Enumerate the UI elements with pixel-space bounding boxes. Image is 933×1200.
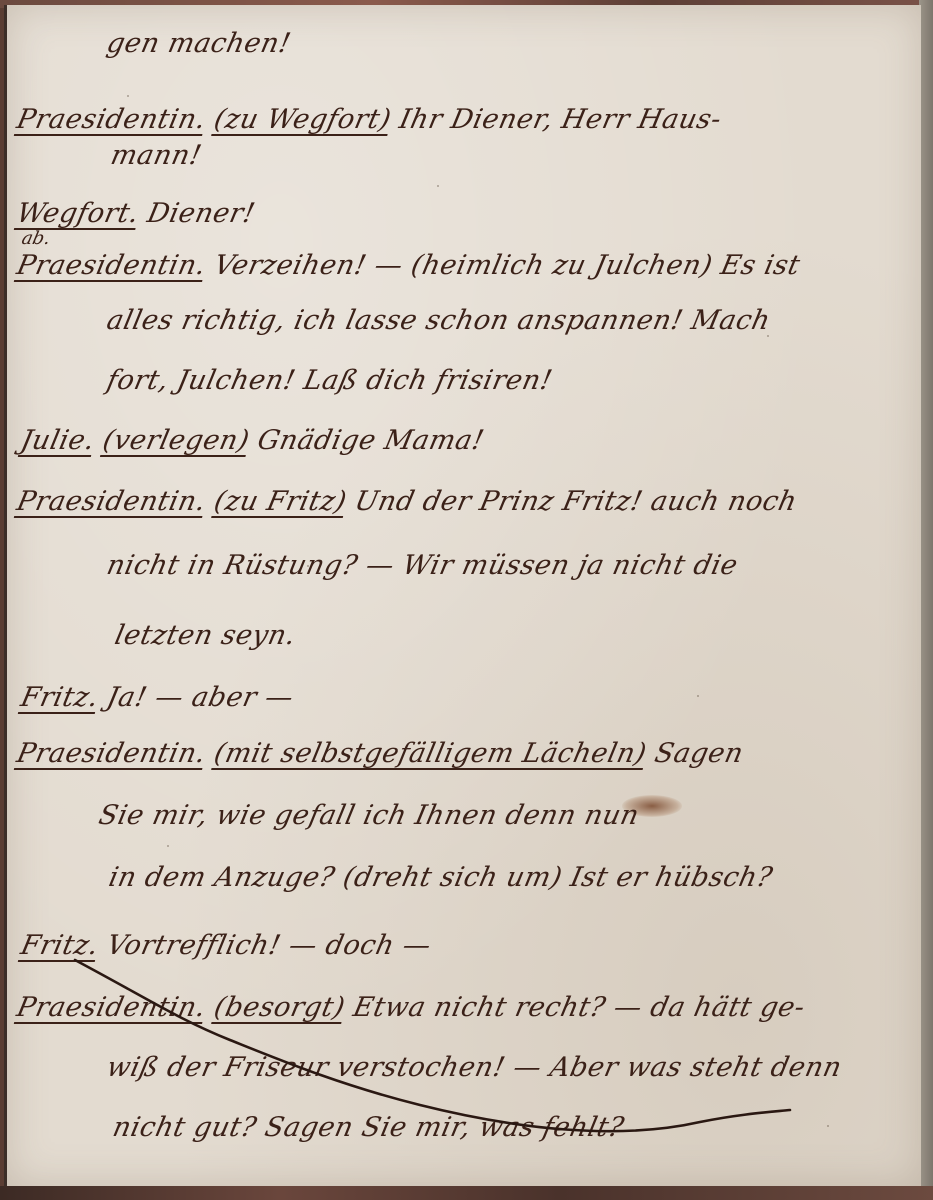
paper-speck [127,95,129,97]
manuscript-line-15: in dem Anzuge? (dreht sich um) Ist er hü… [106,862,776,893]
line-text: Und der Prinz Fritz! auch noch [352,486,800,517]
speaker-name: Praesidentin. [14,250,209,281]
line-text: Etwa nicht recht? — da hätt ge- [350,992,807,1023]
stage-direction: (zu Fritz) [211,486,349,517]
paper-speck [827,1125,829,1127]
line-text: gen machen! [104,28,294,59]
stage-direction: (besorgt) [211,992,348,1023]
manuscript-line-17: Praesidentin. (besorgt) Etwa nicht recht… [14,992,808,1023]
manuscript-line-13: Praesidentin. (mit selbstgefälligem Läch… [14,738,746,769]
line-text: wiß der Friseur verstochen! — Aber was s… [104,1052,845,1083]
line-text: nicht gut? Sagen Sie mir, was fehlt? [110,1112,627,1143]
marginal-note: ab. [20,228,52,249]
manuscript-line-4: Wegfort. Diener! [14,198,258,229]
line-text: Diener! [145,198,258,229]
manuscript-line-10: nicht in Rüstung? — Wir müssen ja nicht … [104,550,741,581]
line-text: alles richtig, ich lasse schon anspannen… [104,305,773,336]
adjacent-page-edge [919,0,933,1200]
stage-direction: (zu Wegfort) [211,104,394,135]
line-text: Sagen [652,738,746,769]
manuscript-line-7: fort, Julchen! Laß dich frisiren! [104,365,555,396]
line-text: letzten seyn. [112,620,299,651]
line-text: Sie mir, wie gefall ich Ihnen denn nun [96,800,642,831]
stage-direction: (verlegen) [100,425,252,456]
speaker-name: Praesidentin. [14,992,209,1023]
manuscript-line-3: mann! [108,140,204,171]
speaker-name: Praesidentin. [14,738,209,769]
line-text: mann! [108,140,204,171]
manuscript-line-8: Julie. (verlegen) Gnädige Mama! [18,425,487,456]
manuscript-line-19: nicht gut? Sagen Sie mir, was fehlt? [110,1112,627,1143]
manuscript-line-1: gen machen! [104,28,294,59]
manuscript-line-18: wiß der Friseur verstochen! — Aber was s… [104,1052,845,1083]
paper-speck [437,185,439,187]
line-text: fort, Julchen! Laß dich frisiren! [104,365,555,396]
manuscript-line-9: Praesidentin. (zu Fritz) Und der Prinz F… [14,486,800,517]
manuscript-line-6: alles richtig, ich lasse schon anspannen… [104,305,773,336]
line-text: Ihr Diener, Herr Haus- [397,104,725,135]
speaker-name: Praesidentin. [14,486,209,517]
paper-speck [167,845,169,847]
manuscript-line-2: Praesidentin. (zu Wegfort) Ihr Diener, H… [14,104,724,135]
stage-direction: (mit selbstgefälligem Lächeln) [211,738,649,769]
manuscript-line-12: Fritz. Ja! — aber — [18,682,296,713]
speaker-name: Fritz. [18,930,102,961]
book-binding-bottom [0,1186,933,1200]
speaker-name: Julie. [18,425,98,456]
speaker-name: Fritz. [18,682,102,713]
line-text: Ja! — aber — [104,682,296,713]
line-text: Vortrefflich! — doch — [104,930,434,961]
speaker-name: Praesidentin. [14,104,209,135]
line-text: nicht in Rüstung? — Wir müssen ja nicht … [104,550,741,581]
speaker-name: Wegfort. [14,198,142,229]
manuscript-line-16: Fritz. Vortrefflich! — doch — [18,930,434,961]
paper-speck [697,695,699,697]
manuscript-line-14: Sie mir, wie gefall ich Ihnen denn nun [96,800,642,831]
line-text: Gnädige Mama! [255,425,487,456]
manuscript-line-11: letzten seyn. [112,620,299,651]
paper-speck [767,335,769,337]
line-text: Verzeihen! — (heimlich zu Julchen) Es is… [211,250,803,281]
manuscript-line-5: Praesidentin. Verzeihen! — (heimlich zu … [14,250,803,281]
line-text: in dem Anzuge? (dreht sich um) Ist er hü… [106,862,776,893]
